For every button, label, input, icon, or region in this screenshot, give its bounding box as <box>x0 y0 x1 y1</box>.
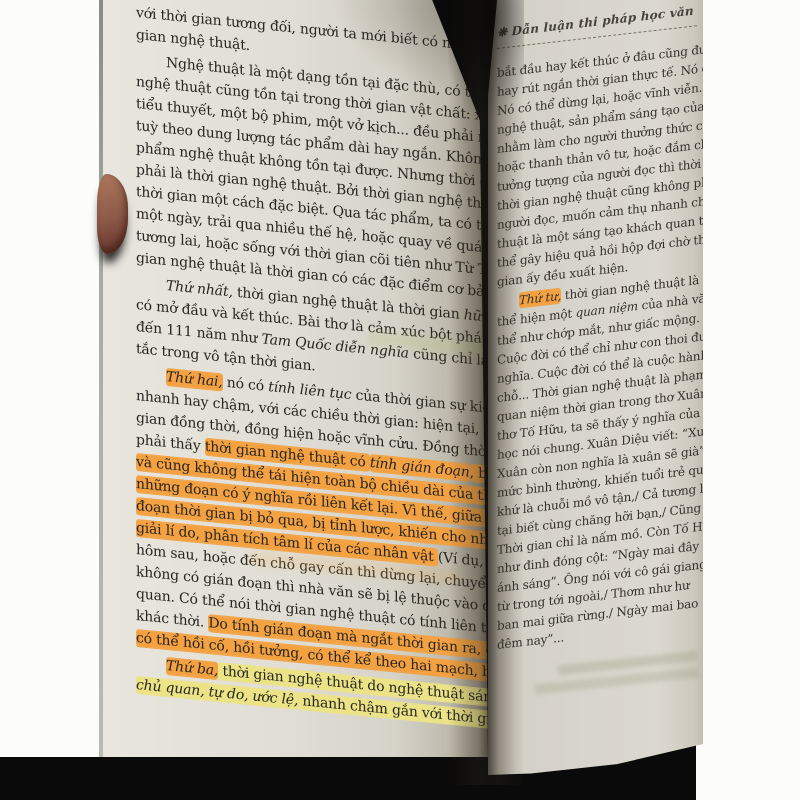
left-page-header-fragment: ❋ T <box>465 2 494 32</box>
text-segment: nó có <box>223 374 269 394</box>
page-stack-edge <box>99 0 103 757</box>
highlighted-text: Thứ hai, <box>166 369 223 391</box>
right-page-header: ❋ Dẫn luận thi pháp học văn học ❋ <box>497 1 697 49</box>
white-backdrop-left <box>0 0 100 757</box>
highlighted-text: Thứ tư, <box>519 289 561 308</box>
white-backdrop-right <box>696 0 800 800</box>
book-left-page: ❋ T với thời gian tương đối, người ta mớ… <box>100 0 488 757</box>
ink-bleed-smudge <box>534 667 699 694</box>
highlighted-text: Thứ ba, <box>166 658 218 679</box>
ink-bleed-smudge <box>558 651 698 676</box>
book-right-page: ❋ Dẫn luận thi pháp học văn học ❋ bắt đầ… <box>488 0 703 775</box>
